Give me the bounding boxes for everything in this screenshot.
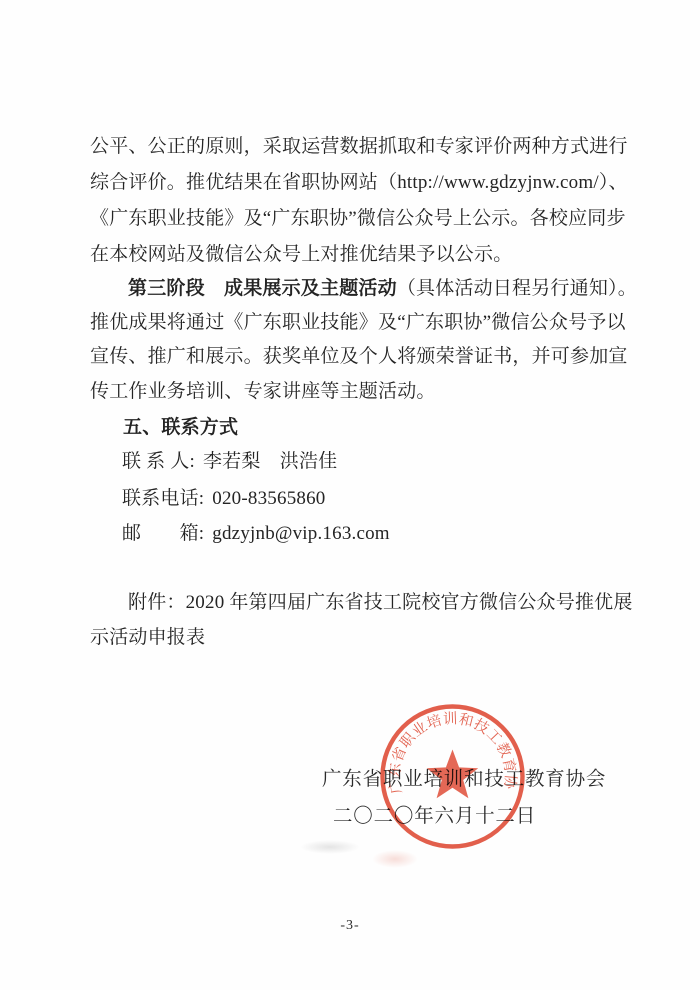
contact-person-value: 李若梨 洪浩佳 bbox=[203, 450, 337, 474]
paragraph-line: 宣传、推广和展示。获奖单位及个人将颁荣誉证书，并可参加宣 bbox=[90, 345, 620, 369]
contact-email-row: 邮 箱:gdzyjnb@vip.163.com bbox=[122, 522, 652, 546]
paragraph-line: 传工作业务培训、专家讲座等主题活动。 bbox=[90, 380, 620, 404]
paragraph-line: 公平、公正的原则，采取运营数据抓取和专家评价两种方式进行 bbox=[90, 135, 620, 159]
paragraph-line: 第三阶段 成果展示及主题活动（具体活动日程另行通知）。 bbox=[90, 277, 620, 301]
page-number: -3- bbox=[0, 918, 700, 934]
document-page: 公平、公正的原则，采取运营数据抓取和专家评价两种方式进行 综合评价。推优结果在省… bbox=[0, 0, 700, 990]
contact-email-label: 邮 箱: bbox=[122, 522, 204, 546]
seal-smudge bbox=[300, 840, 360, 854]
attachment-line: 附件：2020 年第四届广东省技工院校官方微信公众号推优展 bbox=[90, 591, 620, 615]
contact-person-label: 联 系 人: bbox=[122, 450, 195, 474]
paragraph-line: 在本校网站及微信公众号上对推优结果予以公示。 bbox=[90, 243, 620, 267]
attachment-line: 示活动申报表 bbox=[90, 626, 620, 650]
contact-phone-row: 联系电话:020-83565860 bbox=[122, 487, 652, 511]
official-seal: 广东省职业培训和技工教育协会 bbox=[374, 698, 534, 868]
stage-three-note: （具体活动日程另行通知）。 bbox=[397, 278, 637, 299]
paragraph-line: 推优成果将通过《广东职业技能》及“广东职协”微信公众号予以 bbox=[90, 311, 620, 335]
paragraph-line: 《广东职业技能》及“广东职协”微信公众号上公示。各校应同步 bbox=[90, 207, 620, 231]
section-heading-contact: 五、联系方式 bbox=[85, 416, 615, 440]
contact-email-value: gdzyjnb@vip.163.com bbox=[212, 522, 390, 546]
contact-phone-value: 020-83565860 bbox=[212, 487, 325, 511]
contact-phone-label: 联系电话: bbox=[122, 487, 204, 511]
contact-person-row: 联 系 人:李若梨 洪浩佳 bbox=[122, 450, 652, 474]
paragraph-line: 综合评价。推优结果在省职协网站（http://www.gdzyjnw.com/）… bbox=[90, 171, 620, 195]
seal-star-icon bbox=[427, 750, 478, 799]
stage-three-heading: 第三阶段 成果展示及主题活动 bbox=[128, 278, 397, 299]
